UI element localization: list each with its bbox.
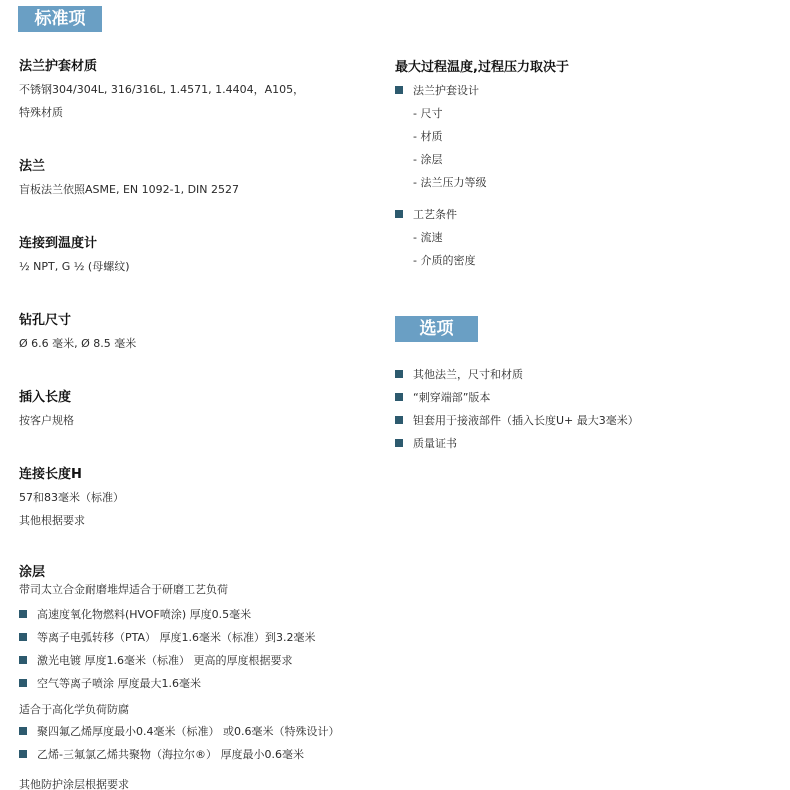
coating-list-item: 乙烯-三氟氯乙烯共聚物（海拉尔®） 厚度最小0.6毫米 [19,746,304,762]
section-title-insertion-length: 插入长度 [19,386,71,405]
square-bullet-icon [19,750,27,758]
option-list-item: “刺穿端部”版本 [395,389,490,405]
square-bullet-icon [395,393,403,401]
square-bullet-icon [395,86,403,94]
section-text: 不锈钢304/304L, 316/316L, 1.4571, 1.4404，A1… [19,81,304,97]
square-bullet-icon [395,439,403,447]
square-bullet-icon [395,370,403,378]
standard-section-badge: 标准项 [18,6,102,32]
dependency-sub-item: - 涂层 [413,151,442,167]
section-text: 盲板法兰依照ASME, EN 1092-1, DIN 2527 [19,181,239,197]
option-list-item: 质量证书 [395,435,457,451]
dependency-sub-item: - 介质的密度 [413,252,475,268]
section-text: 其他根据要求 [19,512,85,528]
section-text: 按客户规格 [19,412,74,428]
dependency-group: 法兰护套设计 [395,82,479,98]
coating-list-item: 高速度氧化物燃料(HVOF喷涂) 厚度0.5毫米 [19,606,251,622]
dependency-sub-item: - 材质 [413,128,442,144]
square-bullet-icon [19,656,27,664]
dependency-sub-item: - 尺寸 [413,105,442,121]
coating-footer: 其他防护涂层根据要求 [19,776,129,790]
coating-list-item: 等离子电弧转移（PTA） 厚度1.6毫米（标准）到3.2毫米 [19,629,316,645]
section-text: ½ NPT, G ½ (母螺纹) [19,258,130,274]
section-text: 特殊材质 [19,104,63,120]
square-bullet-icon [395,210,403,218]
option-list-item: 其他法兰，尺寸和材质 [395,366,523,382]
section-title-flange: 法兰 [19,155,45,174]
square-bullet-icon [395,416,403,424]
square-bullet-icon [19,633,27,641]
square-bullet-icon [19,727,27,735]
coating-subtitle: 带司太立合金耐磨堆焊适合于研磨工艺负荷 [19,581,228,597]
section-title-thermometer-connection: 连接到温度计 [19,232,97,251]
max-temperature-title: 最大过程温度,过程压力取决于 [395,56,569,75]
section-title-connection-length: 连接长度H [19,463,82,482]
coating-list-item: 聚四氟乙烯厚度最小0.4毫米（标准） 或0.6毫米（特殊设计） [19,723,339,739]
section-text: 57和83毫米（标准） [19,489,124,505]
section-text: Ø 6.6 毫米, Ø 8.5 毫米 [19,335,136,351]
section-title-bore-size: 钻孔尺寸 [19,309,71,328]
square-bullet-icon [19,610,27,618]
dependency-sub-item: - 流速 [413,229,442,245]
section-title-coating: 涂层 [19,561,45,580]
dependency-group: 工艺条件 [395,206,457,222]
option-list-item: 钽套用于接液部件（插入长度U+ 最大3毫米） [395,412,639,428]
coating-list-item: 激光电镀 厚度1.6毫米（标准） 更高的厚度根据要求 [19,652,293,668]
section-title-flange-sleeve-material: 法兰护套材质 [19,55,97,74]
coating-list-item: 空气等离子喷涂 厚度最大1.6毫米 [19,675,201,691]
dependency-sub-item: - 法兰压力等级 [413,174,486,190]
coating-subtitle-corrosion: 适合于高化学负荷防腐 [19,701,129,717]
square-bullet-icon [19,679,27,687]
options-section-badge: 选项 [395,316,478,342]
